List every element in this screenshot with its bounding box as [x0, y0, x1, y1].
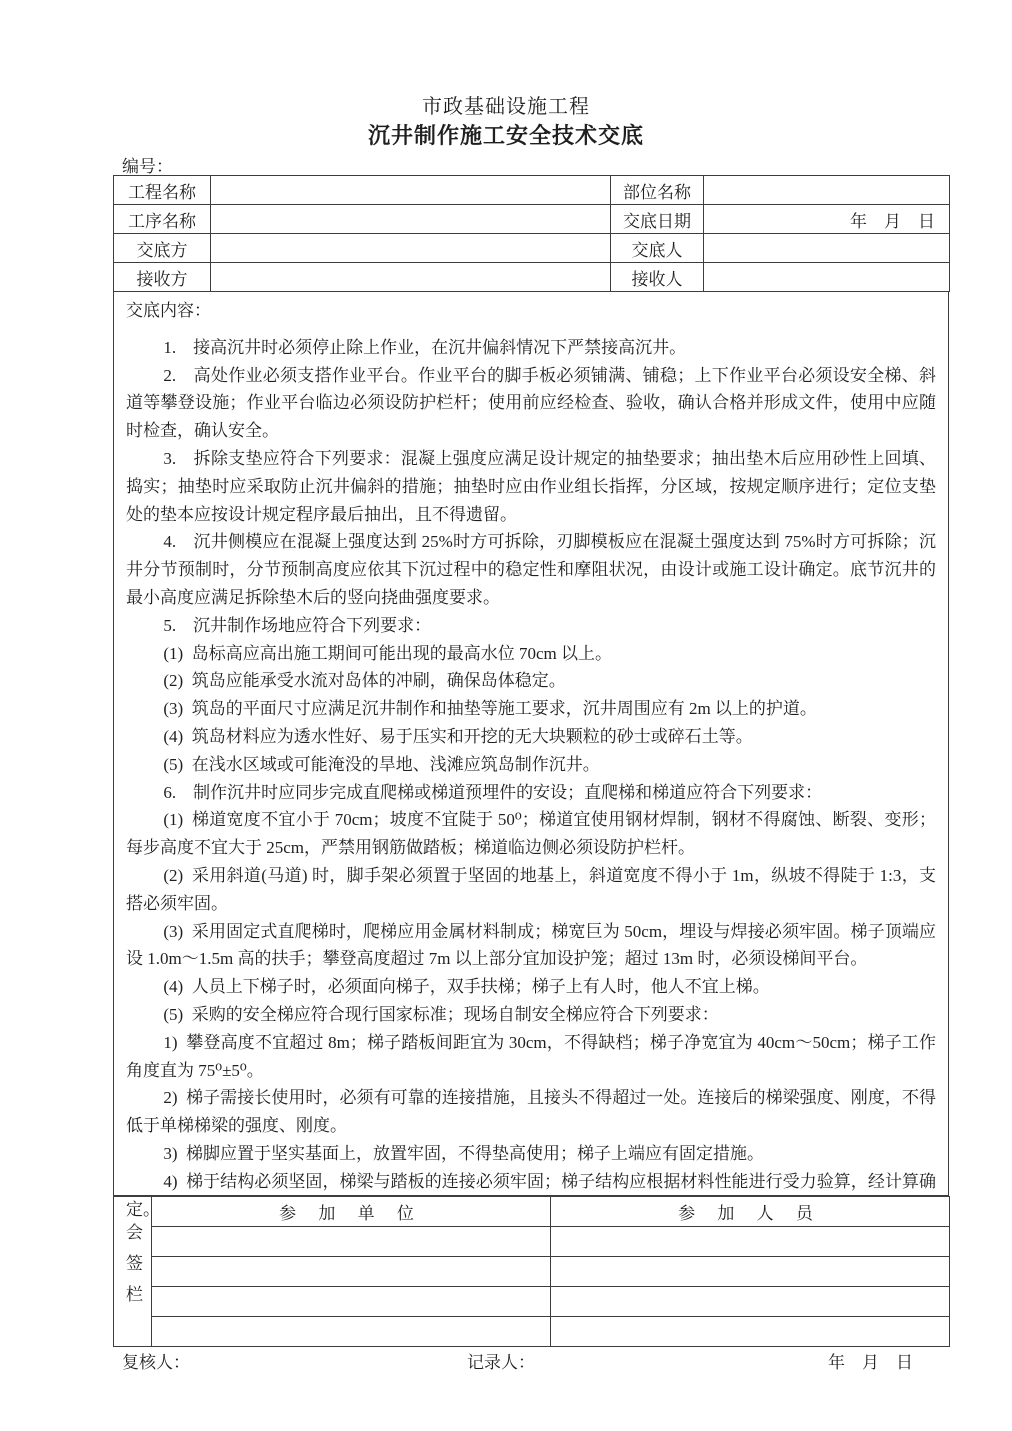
- participating-personnel-cell: [551, 1227, 950, 1257]
- header-info-table: 工程名称 部位名称 工序名称 交底日期 年 月 日 交底方 交底人 接收方 接收: [113, 175, 950, 292]
- signoff-row: [114, 1257, 950, 1287]
- disclosure-date-label: 交底日期: [611, 205, 704, 234]
- location-name-label: 部位名称: [611, 176, 704, 205]
- countersign-side-label: 会签栏: [120, 1223, 145, 1316]
- doc-category-title: 市政基础设施工程: [0, 90, 1012, 119]
- content-paragraph: 3. 拆除支垫应符合下列要求：混凝上强度应满足设计规定的抽垫要求；抽出垫木后应用…: [126, 445, 936, 528]
- recorder-label: 记录人：: [467, 1348, 535, 1373]
- discloser-person-value: [704, 234, 950, 263]
- project-name-label: 工程名称: [114, 176, 211, 205]
- footer-signature-line: 复核人： 记录人： 年 月 日: [0, 1348, 1012, 1372]
- participating-personnel-header: 参 加 人 员: [551, 1197, 950, 1227]
- content-paragraph: 5. 沉井制作场地应符合下列要求：: [126, 612, 936, 640]
- receiver-person-value: [704, 263, 950, 292]
- content-paragraph: 6. 制作沉井时应同步完成直爬梯或梯道预埋件的安设；直爬梯和梯道应符合下列要求：: [126, 779, 936, 807]
- disclosure-date-value: 年 月 日: [704, 205, 950, 234]
- participating-unit-header: 参 加 单 位: [152, 1197, 551, 1227]
- countersign-side-cell: 会签栏: [114, 1197, 152, 1347]
- table-row: 工序名称 交底日期 年 月 日: [114, 205, 950, 234]
- process-name-label: 工序名称: [114, 205, 211, 234]
- doc-title: 沉井制作施工安全技术交底: [0, 119, 1012, 150]
- signoff-row: [114, 1317, 950, 1347]
- receiver-person-label: 接收人: [611, 263, 704, 292]
- discloser-party-label: 交底方: [114, 234, 211, 263]
- signoff-row: [114, 1287, 950, 1317]
- discloser-person-label: 交底人: [611, 234, 704, 263]
- participating-unit-cell: [152, 1287, 551, 1317]
- signoff-row: [114, 1227, 950, 1257]
- document-page: 市政基础设施工程 沉井制作施工安全技术交底 编号： 工程名称 部位名称 工序名称…: [0, 0, 1012, 1431]
- content-paragraph: 2. 高处作业必须支搭作业平台。作业平台的脚手板必须铺满、铺稳；上下作业平台必须…: [126, 362, 936, 445]
- participating-unit-cell: [152, 1227, 551, 1257]
- receiver-party-label: 接收方: [114, 263, 211, 292]
- content-paragraph: 3) 梯脚应置于坚实基面上，放置牢固，不得垫高使用；梯子上端应有固定措施。: [126, 1140, 936, 1168]
- content-paragraph: 2) 梯子需接长使用时，必须有可靠的连接措施，且接头不得超过一处。连接后的梯梁强…: [126, 1084, 936, 1140]
- participating-personnel-cell: [551, 1287, 950, 1317]
- content-paragraph: (1) 梯道宽度不宜小于 70cm；坡度不宜陡于 50⁰；梯道宜使用钢材焊制，钢…: [126, 806, 936, 862]
- content-paragraph: 1. 接高沉井时必须停止除上作业，在沉井偏斜情况下严禁接高沉井。: [126, 334, 936, 362]
- table-row: 接收方 接收人: [114, 263, 950, 292]
- participating-unit-cell: [152, 1317, 551, 1347]
- participating-personnel-cell: [551, 1257, 950, 1287]
- location-name-value: [704, 176, 950, 205]
- participating-personnel-cell: [551, 1317, 950, 1347]
- content-paragraph: (2) 采用斜道(马道) 时，脚手架必须置于坚固的地基上，斜道宽度不得小于 1m…: [126, 862, 936, 918]
- project-name-value: [211, 176, 611, 205]
- countersign-table: 会签栏 参 加 单 位 参 加 人 员: [113, 1196, 950, 1347]
- content-paragraph: (5) 采购的安全梯应符合现行国家标准；现场自制安全梯应符合下列要求：: [126, 1001, 936, 1029]
- discloser-party-value: [211, 234, 611, 263]
- content-paragraph: 1) 攀登高度不宜超过 8m；梯子踏板间距宜为 30cm，不得缺档；梯子净宽宜为…: [126, 1029, 936, 1085]
- content-paragraph: (2) 筑岛应能承受水流对岛体的冲刷，确保岛体稳定。: [126, 667, 936, 695]
- footer-date-label: 年 月 日: [828, 1348, 913, 1373]
- content-paragraph: (1) 岛标高应高出施工期间可能出现的最高水位 70cm 以上。: [126, 640, 936, 668]
- table-row: 工程名称 部位名称: [114, 176, 950, 205]
- receiver-party-value: [211, 263, 611, 292]
- content-paragraph: (4) 人员上下梯子时，必须面向梯子，双手扶梯；梯子上有人时，他人不宜上梯。: [126, 973, 936, 1001]
- content-paragraph: 4. 沉井侧模应在混凝上强度达到 25%时方可拆除，刃脚模板应在混凝土强度达到 …: [126, 528, 936, 611]
- content-paragraph: (4) 筑岛材料应为透水性好、易于压实和开挖的无大块颗粒的砂士或碎石土等。: [126, 723, 936, 751]
- content-paragraph: (5) 在浅水区域或可能淹没的旱地、浅滩应筑岛制作沉井。: [126, 751, 936, 779]
- table-row: 会签栏 参 加 单 位 参 加 人 员: [114, 1197, 950, 1227]
- process-name-value: [211, 205, 611, 234]
- disclosure-content-box: 交底内容： 1. 接高沉井时必须停止除上作业，在沉井偏斜情况下严禁接高沉井。 2…: [113, 291, 949, 1196]
- content-heading: 交底内容：: [126, 297, 936, 325]
- content-paragraph: (3) 采用固定式直爬梯时，爬梯应用金属材料制成；梯宽巨为 50cm，埋设与焊接…: [126, 918, 936, 974]
- reviewer-label: 复核人：: [122, 1348, 190, 1373]
- serial-number-label: 编号：: [122, 152, 173, 177]
- participating-unit-cell: [152, 1257, 551, 1287]
- content-paragraph: (3) 筑岛的平面尺寸应满足沉井制作和抽垫等施工要求，沉井周围应有 2m 以上的…: [126, 695, 936, 723]
- table-row: 交底方 交底人: [114, 234, 950, 263]
